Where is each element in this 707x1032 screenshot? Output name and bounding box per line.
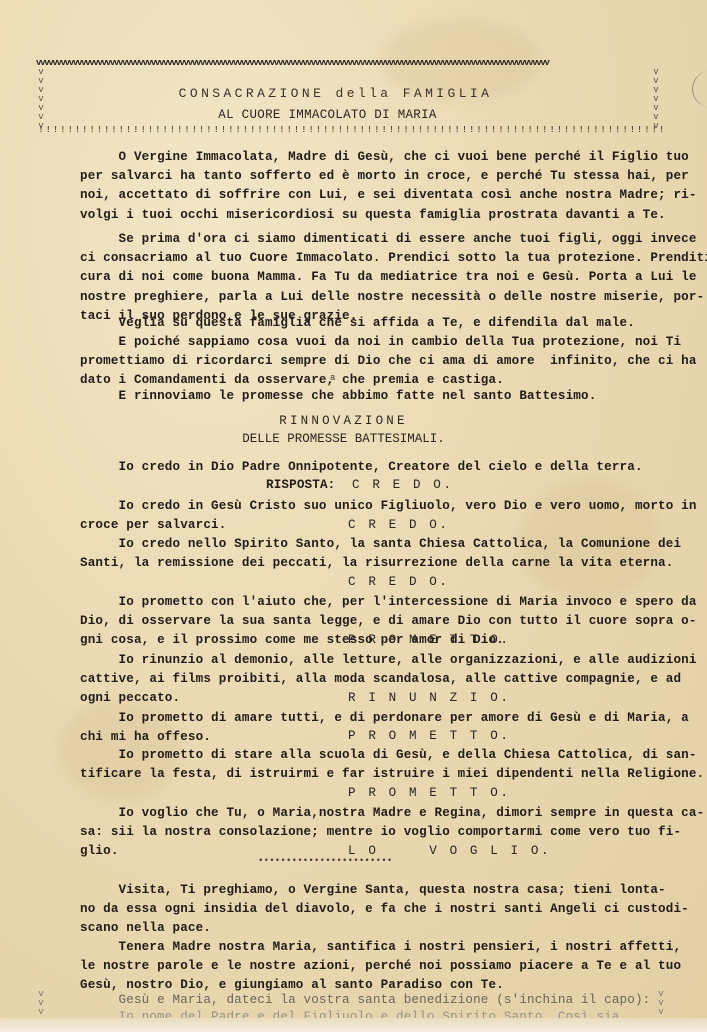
promise-line: ogni peccato. xyxy=(80,691,180,705)
paragraph-line: Se prima d'ora ci siamo dimenticati di e… xyxy=(80,232,697,246)
paragraph-line: O Vergine Immacolata, Madre di Gesù, che… xyxy=(80,150,689,164)
response-text: P R O M E T T O. xyxy=(348,786,511,800)
response-text: C R E D O. xyxy=(348,518,450,532)
promise-line: Io prometto con l'aiuto che, per l'inter… xyxy=(80,595,697,609)
response-label: RISPOSTA: xyxy=(266,478,335,492)
border-bottom-decoration: !!!!!!!!!!!!!!!!!!!!!!!!!!!!!!!!!!!!!!!!… xyxy=(38,126,668,136)
paragraph-line: dato i Comandamenti da osservare, che pr… xyxy=(80,373,504,387)
border-top-decoration: vvvvvvvvvvvvvvvvvvvvvvvvvvvvvvvvvvvvvvvv… xyxy=(36,59,670,67)
response-text: C R E D O. xyxy=(352,478,454,492)
closing-line: Tenera Madre nostra Maria, santifica i n… xyxy=(80,940,681,954)
renewal-subheading: DELLE PROMESSE BATTESIMALI. xyxy=(0,432,697,446)
promise-line: Io voglio che Tu, o Maria,nostra Madre e… xyxy=(80,806,704,820)
promise-line: tificare la festa, di istruirmi e far is… xyxy=(80,767,704,781)
promise-line: croce per salvarci. xyxy=(80,518,226,532)
paragraph-line: Veglia su questa famiglia che si affida … xyxy=(80,316,635,330)
paragraph-line: noi, accettato di soffrire con Lui, e se… xyxy=(80,188,697,202)
promise-line: cattive, ai films proibiti, alla moda sc… xyxy=(80,672,681,686)
response-text: R I N U N Z I O. xyxy=(348,691,511,705)
pencil-mark xyxy=(692,70,707,108)
paragraph-line: per salvarci ha tanto sofferto ed è mort… xyxy=(80,169,689,183)
paper-bottom-edge xyxy=(0,1018,707,1032)
promise-line: glio. xyxy=(80,844,119,858)
document-subtitle: AL CUORE IMMACOLATO DI MARIA xyxy=(0,108,681,122)
response-text: C R E D O. xyxy=(348,575,450,589)
promise-line: chi mi ha offeso. xyxy=(80,730,211,744)
paragraph-line: E poiché sappiamo cosa vuoi da noi in ca… xyxy=(80,335,681,349)
paragraph-line: cura di noi come buona Mamma. Fa Tu da m… xyxy=(80,270,697,284)
closing-line: Visita, Ti preghiamo, o Vergine Santa, q… xyxy=(80,883,666,897)
paragraph-line: volgi i tuoi occhi misericordiosi su que… xyxy=(80,208,666,222)
renewal-heading: RINNOVAZIONE xyxy=(0,414,697,428)
footer-left-decoration: v v v xyxy=(36,990,46,1017)
promise-line: Io prometto di amare tutti, e di perdona… xyxy=(80,711,689,725)
closing-line: scano nella pace. xyxy=(80,921,211,935)
promise-line: Io credo in Dio Padre Onnipotente, Creat… xyxy=(80,460,643,474)
paragraph-line: promettiamo di ricordarci sempre di Dio … xyxy=(80,354,697,368)
document-title: CONSACRAZIONE della FAMIGLIA xyxy=(0,86,689,101)
paragraph-line: E rinnoviamo le promesse che abbimo fatt… xyxy=(80,389,596,403)
promise-line: Santi, la remissione dei peccati, la ris… xyxy=(80,556,673,570)
promise-line: Dio, di osservare la sua santa legge, e … xyxy=(80,614,697,628)
response-text: P R O M E T T O. xyxy=(348,729,511,743)
closing-line: no da essa ogni insidia del diavolo, e f… xyxy=(80,902,689,916)
response-text: P R O M E T T O. xyxy=(348,633,511,647)
closing-line: le nostre parole e le nostre azioni, per… xyxy=(80,959,681,973)
promise-line: Io credo in Gesù Cristo suo unico Figliu… xyxy=(80,499,697,513)
paragraph-line: ci consacriamo al tuo Cuore Immacolato. … xyxy=(80,251,707,265)
promise-line: Io credo nello Spirito Santo, la santa C… xyxy=(80,537,681,551)
promise-line: Io rinunzio al demonio, alle letture, al… xyxy=(80,653,697,667)
promise-line: Io prometto di stare alla scuola di Gesù… xyxy=(80,748,697,762)
footer-right-decoration: v v v xyxy=(656,990,666,1017)
closing-line: Gesù, nostro Dio, e giungiamo al santo P… xyxy=(80,978,504,992)
document-page: vvvvvvvvvvvvvvvvvvvvvvvvvvvvvvvvvvvvvvvv… xyxy=(0,0,707,1032)
paragraph-line: nostre preghiere, parla a Lui delle nost… xyxy=(80,290,704,304)
promise-line: sa: sii la nostra consolazione; mentre i… xyxy=(80,825,681,839)
closing-line: Gesù e Maria, dateci la vostra santa ben… xyxy=(80,993,650,1007)
handwritten-correction: a xyxy=(330,373,335,383)
separator-dots: •••••••••••••••••••••••• xyxy=(258,856,392,866)
